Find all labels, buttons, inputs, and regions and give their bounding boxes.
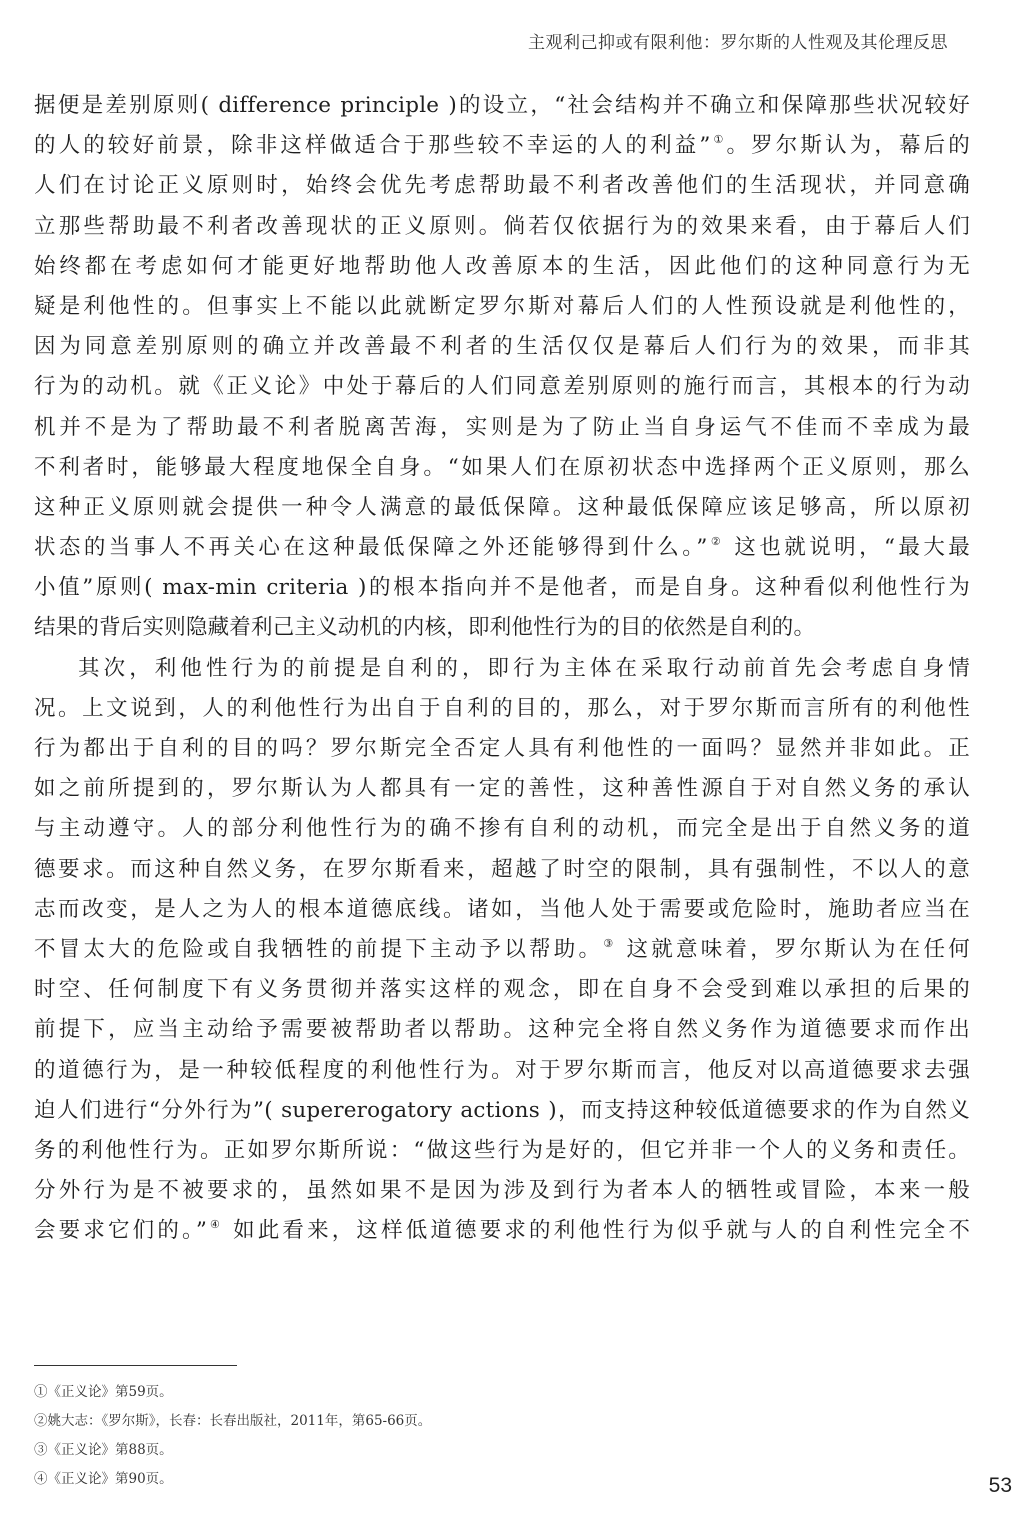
line-text: 况。上文说到，人的利他性行为出自于自利的目的，那么，对于罗尔斯而言所有的利他性 [34,696,970,721]
text-line: 德要求。而这种自然义务，在罗尔斯看来，超越了时空的限制，具有强制性，不以人的意 [34,850,970,890]
footnote-text: 《正义论》第88页。 [48,1442,173,1458]
text-line: 时空、任何制度下有义务贯彻并落实这样的观念，即在自身不会受到难以承担的后果的 [34,970,970,1010]
line-text: 如之前所提到的，罗尔斯认为人都具有一定的善性，这种善性源自于对自然义务的承认 [34,776,970,801]
line-text: 这种正义原则就会提供一种令人满意的最低保障。这种最低保障应该足够高，所以原初 [34,495,970,520]
text-line: 的道德行为，是一种较低程度的利他性行为。对于罗尔斯而言，他反对以高道德要求去强 [34,1051,970,1091]
line-text: 的人的较好前景，除非这样做适合于那些较不幸运的人的利益” [34,133,711,158]
line-text: 其次，利他性行为的前提是自利的，即行为主体在采取行动前首先会考虑自身情 [78,656,970,681]
line-text: 分外行为是不被要求的，虽然如果不是因为涉及到行为者本人的牺牲或冒险，本来一般 [34,1178,970,1203]
text-line: 其次，利他性行为的前提是自利的，即行为主体在采取行动前首先会考虑自身情 [34,649,970,689]
text-line: 的人的较好前景，除非这样做适合于那些较不幸运的人的利益”①。罗尔斯认为，幕后的 [34,126,970,166]
line-text: 据便是差别原则( difference principle )的设立，“社会结构… [34,93,970,118]
line-text: 不利者时，能够最大程度地保全自身。“如果人们在原初状态中选择两个正义原则，那么 [34,455,970,480]
text-line: 据便是差别原则( difference principle )的设立，“社会结构… [34,86,970,126]
text-line: 会要求它们的。”④ 如此看来，这样低道德要求的利他性行为似乎就与人的自利性完全不 [34,1211,970,1251]
footnote-3: ③《正义论》第88页。 [34,1436,734,1465]
text-line: 这种正义原则就会提供一种令人满意的最低保障。这种最低保障应该足够高，所以原初 [34,488,970,528]
text-line: 不冒太大的危险或自我牺牲的前提下主动予以帮助。③ 这就意味着，罗尔斯认为在任何 [34,930,970,970]
footnote-reference[interactable]: ③ [603,937,616,950]
text-line: 分外行为是不被要求的，虽然如果不是因为涉及到行为者本人的牺牲或冒险，本来一般 [34,1171,970,1211]
line-text: 机并不是为了帮助最不利者脱离苦海，实则是为了防止当自身运气不佳而不幸成为最 [34,415,970,440]
line-text-continued: 这就意味着，罗尔斯认为在任何 [616,937,970,962]
footnote-reference[interactable]: ④ [207,1218,223,1231]
line-text-continued: 。罗尔斯认为，幕后的 [727,133,970,158]
text-line: 人们在讨论正义原则时，始终会优先考虑帮助最不利者改善他们的生活现状，并同意确 [34,166,970,206]
footnote-reference[interactable]: ① [711,133,727,146]
text-line: 立那些帮助最不利者改善现状的正义原则。倘若仅依据行为的效果来看，由于幕后人们 [34,207,970,247]
text-line: 因为同意差别原则的确立并改善最不利者的生活仅仅是幕后人们行为的效果，而非其 [34,327,970,367]
line-text: 与主动遵守。人的部分利他性行为的确不掺有自利的动机，而完全是出于自然义务的道 [34,816,970,841]
text-line: 不利者时，能够最大程度地保全自身。“如果人们在原初状态中选择两个正义原则，那么 [34,448,970,488]
line-text: 始终都在考虑如何才能更好地帮助他人改善原本的生活，因此他们的这种同意行为无 [34,254,970,279]
page-number: 53 [989,1474,1012,1498]
footnote-marker: ④ [34,1471,48,1487]
line-text: 行为的动机。就《正义论》中处于幕后的人们同意差别原则的施行而言，其根本的行为动 [34,374,970,399]
footnote-1: ①《正义论》第59页。 [34,1378,734,1407]
running-header-title: 主观利己抑或有限利他：罗尔斯的人性观及其伦理反思 [528,28,948,53]
line-text: 结果的背后实则隐藏着利己主义动机的内核，即利他性行为的目的依然是自利的。 [34,615,815,640]
text-line: 始终都在考虑如何才能更好地帮助他人改善原本的生活，因此他们的这种同意行为无 [34,247,970,287]
line-text: 不冒太大的危险或自我牺牲的前提下主动予以帮助。 [34,937,603,962]
footnote-marker: ① [34,1384,48,1400]
line-text: 因为同意差别原则的确立并改善最不利者的生活仅仅是幕后人们行为的效果，而非其 [34,334,970,359]
line-text: 行为都出于自利的目的吗？罗尔斯完全否定人具有利他性的一面吗？显然并非如此。正 [34,736,970,761]
body-text: 据便是差别原则( difference principle )的设立，“社会结构… [34,86,970,1251]
text-line: 志而改变，是人之为人的根本道德底线。诸如，当他人处于需要或危险时，施助者应当在 [34,890,970,930]
text-line: 状态的当事人不再关心在这种最低保障之外还能够得到什么。”② 这也就说明，“最大最 [34,528,970,568]
line-text: 疑是利他性的。但事实上不能以此就断定罗尔斯对幕后人们的人性预设就是利他性的， [34,294,970,319]
line-text: 务的利他性行为。正如罗尔斯所说：“做这些行为是好的，但它并非一个人的义务和责任。 [34,1138,970,1163]
text-line: 疑是利他性的。但事实上不能以此就断定罗尔斯对幕后人们的人性预设就是利他性的， [34,287,970,327]
line-text: 人们在讨论正义原则时，始终会优先考虑帮助最不利者改善他们的生活现状，并同意确 [34,173,970,198]
text-line: 结果的背后实则隐藏着利己主义动机的内核，即利他性行为的目的依然是自利的。 [34,608,970,648]
line-text: 时空、任何制度下有义务贯彻并落实这样的观念，即在自身不会受到难以承担的后果的 [34,977,970,1002]
text-line: 如之前所提到的，罗尔斯认为人都具有一定的善性，这种善性源自于对自然义务的承认 [34,769,970,809]
text-line: 机并不是为了帮助最不利者脱离苦海，实则是为了防止当自身运气不佳而不幸成为最 [34,408,970,448]
line-text: 前提下，应当主动给予需要被帮助者以帮助。这种完全将自然义务作为道德要求而作出 [34,1017,970,1042]
line-text: 状态的当事人不再关心在这种最低保障之外还能够得到什么。” [34,535,708,560]
footnote-marker: ② [34,1413,48,1429]
footnote-text: 《正义论》第59页。 [48,1384,173,1400]
line-text-continued: 如此看来，这样低道德要求的利他性行为似乎就与人的自利性完全不 [223,1218,970,1243]
line-text: 立那些帮助最不利者改善现状的正义原则。倘若仅依据行为的效果来看，由于幕后人们 [34,214,970,239]
footnote-text: 姚大志：《罗尔斯》，长春：长春出版社，2011年，第65-66页。 [48,1413,432,1429]
footnote-reference[interactable]: ② [708,535,725,548]
line-text: 迫人们进行“分外行为”( supererogatory actions )，而支… [34,1098,970,1123]
text-line: 与主动遵守。人的部分利他性行为的确不掺有自利的动机，而完全是出于自然义务的道 [34,809,970,849]
line-text: 小值”原则( max-min criteria )的根本指向并不是他者，而是自身… [34,575,970,600]
footnote-text: 《正义论》第90页。 [48,1471,173,1487]
line-text: 德要求。而这种自然义务，在罗尔斯看来，超越了时空的限制，具有强制性，不以人的意 [34,857,970,882]
text-line: 迫人们进行“分外行为”( supererogatory actions )，而支… [34,1091,970,1131]
footnotes: ①《正义论》第59页。 ②姚大志：《罗尔斯》，长春：长春出版社，2011年，第6… [34,1378,734,1494]
text-line: 小值”原则( max-min criteria )的根本指向并不是他者，而是自身… [34,568,970,608]
text-line: 行为的动机。就《正义论》中处于幕后的人们同意差别原则的施行而言，其根本的行为动 [34,367,970,407]
line-text: 的道德行为，是一种较低程度的利他性行为。对于罗尔斯而言，他反对以高道德要求去强 [34,1058,970,1083]
text-line: 务的利他性行为。正如罗尔斯所说：“做这些行为是好的，但它并非一个人的义务和责任。 [34,1131,970,1171]
line-text: 会要求它们的。” [34,1218,207,1243]
line-text: 志而改变，是人之为人的根本道德底线。诸如，当他人处于需要或危险时，施助者应当在 [34,897,970,922]
line-text-continued: 这也就说明，“最大最 [724,535,970,560]
footnote-2: ②姚大志：《罗尔斯》，长春：长春出版社，2011年，第65-66页。 [34,1407,734,1436]
text-line: 况。上文说到，人的利他性行为出自于自利的目的，那么，对于罗尔斯而言所有的利他性 [34,689,970,729]
footnote-divider [34,1365,237,1366]
footnote-marker: ③ [34,1442,48,1458]
footnote-4: ④《正义论》第90页。 [34,1465,734,1494]
text-line: 行为都出于自利的目的吗？罗尔斯完全否定人具有利他性的一面吗？显然并非如此。正 [34,729,970,769]
text-line: 前提下，应当主动给予需要被帮助者以帮助。这种完全将自然义务作为道德要求而作出 [34,1010,970,1050]
